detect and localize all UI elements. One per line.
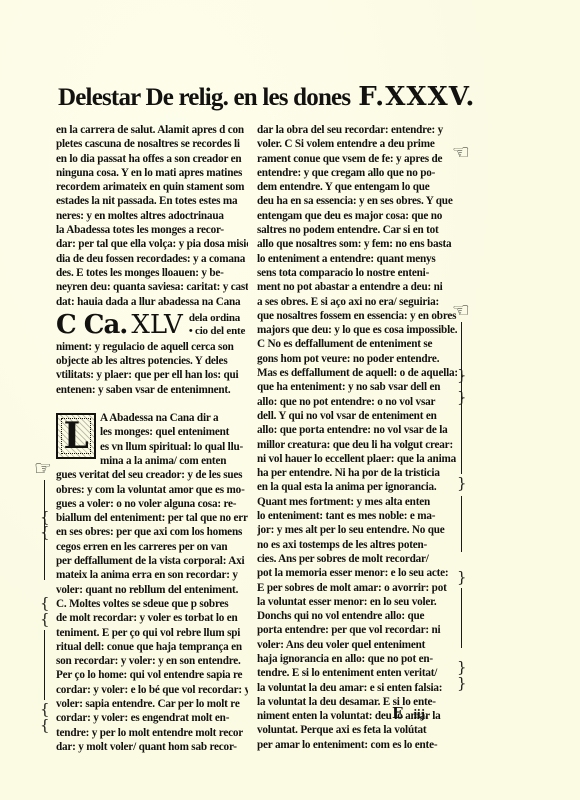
text-line: que ha enteniment: y no sab vsar dell en (257, 380, 457, 394)
text-line: tendre. E si lo enteniment enten veritat… (257, 666, 457, 680)
text-line: dar: y molt voler/ quant hom sab recor- (56, 740, 248, 754)
brace-icon: { (40, 702, 50, 717)
text-line: jor: y mes alt per lo seu entendre. No q… (257, 523, 457, 537)
text-line: obres: y com la voluntat amor que es mo- (56, 483, 248, 497)
text-line: teniment. E per ço qui vol rebre llum sp… (56, 626, 248, 640)
text-line: cordar: y voler: es engendrat molt en- (56, 711, 248, 725)
text-line: lo enteniment: tant es mes noble: e ma- (257, 509, 457, 523)
text-line: en la qual esta la anima per ignorancia. (257, 480, 457, 494)
running-head: Delestar De relig. en les dones F.XXXV. (58, 80, 498, 114)
text-line: la voluntat la deu amar: e si enten fals… (257, 681, 457, 695)
text-line: entenen: y saben vsar de entenimnent. (56, 383, 248, 397)
text-line: entengam que deu es major cosa: que no (257, 209, 457, 223)
text-line: sens tota comparacio lo nostre enteni- (257, 266, 457, 280)
text-line: voler: Ans deu voler quel enteniment (257, 638, 457, 652)
initial-paragraph: L A Abadessa na Cana dir a les monges: q… (56, 411, 248, 468)
text-line: pot la memoria esser menor: e lo seu act… (257, 566, 457, 580)
text-line: E per sobres de molt amar: o avorrir: po… (257, 581, 457, 595)
brace-icon: { (40, 596, 50, 611)
text-line: neres: y en moltes altres adoctrinaua (56, 209, 248, 223)
text-line: entendre: y que cregam allo que no po- (257, 166, 457, 180)
text-line: objecte ab les altres potencies. Y deles (56, 354, 248, 368)
text-line: en ses obres: per que axi com los homens (56, 525, 248, 539)
chapter-subtitle-line: dela ordina (189, 312, 245, 325)
text-line: rament conue que vsem de fe: y apres de (257, 152, 457, 166)
text-line: ritual dell: conue que haja temprança en (56, 640, 248, 654)
text-line: ninguna cosa. Y en lo mati apres matines (56, 166, 248, 180)
initial-side-lines: A Abadessa na Cana dir a les monges: que… (100, 411, 248, 468)
folio-roman: XXXV. (385, 82, 475, 112)
text-line: allo que nosaltres som: y fem: no ens ba… (257, 237, 457, 251)
brace-icon: } (457, 368, 467, 383)
text-line: en la carrera de salut. Alamit apres d c… (56, 123, 248, 137)
margin-bracket-line (461, 496, 462, 552)
chapter-number: XLV (131, 310, 182, 340)
brace-icon: { (40, 612, 50, 627)
text-line: neyren deu: quanta saviesa: caritat: y c… (56, 280, 248, 294)
text-line: allo: que no pot entendre: o no vol vsar (257, 395, 457, 409)
text-line: dia de deu fossen recordades: y a comana (56, 252, 248, 266)
text-line: haja ignorancia en allo: que no pot en- (257, 652, 457, 666)
margin-bracket-line (44, 630, 45, 700)
text-line: lo enteniment a entendre: quant menys (257, 252, 457, 266)
text-line: pletes cascuna de nosaltres se recordes … (56, 137, 248, 151)
text-line: allo: que porta entendre: no vol vsar de… (257, 423, 457, 437)
text-line: dar la obra del seu recordar: entendre: … (257, 123, 457, 137)
left-column: en la carrera de salut. Alamit apres d c… (56, 123, 248, 754)
text-line: en lo dia passat ha offes a son creador … (56, 152, 248, 166)
text-line: que nosaltres fossem en essencia: y en o… (257, 309, 457, 323)
text-line: estades la nit passada. En totes estes m… (56, 194, 248, 208)
text-line: porta entendre: per que vol recordar: ni (257, 623, 457, 637)
text-line: gues a voler: o no voler alguna cosa: re… (56, 497, 248, 511)
right-column: dar la obra del seu recordar: entendre: … (257, 123, 457, 752)
chapter-heading: C Ca. XLV dela ordina • cio del ente (56, 310, 248, 340)
text-line: a ses obres. E si aço axi no era/ seguir… (257, 295, 457, 309)
text-line: A Abadessa na Cana dir a (100, 411, 248, 425)
text-line: son recordar: y voler: y en son entendre… (56, 654, 248, 668)
text-line: la Abadessa totes les monges a recor- (56, 223, 248, 237)
brace-icon: { (40, 718, 50, 733)
text-line: per amar lo enteniment: com es lo ente- (257, 738, 457, 752)
text-line: C No es deffallument de enteniment se (257, 337, 457, 351)
brace-icon: } (457, 660, 467, 675)
text-line: dem entendre. Y que entengam lo que (257, 180, 457, 194)
pointing-hand-icon: ☞ (34, 458, 52, 478)
pointing-hand-icon: ☜ (452, 300, 470, 320)
text-line: des. E totes les monges lloauen: y be- (56, 266, 248, 280)
text-line: ment no pot abastar a entendre a deu: ni (257, 280, 457, 294)
decorated-initial-icon: L (56, 413, 96, 459)
text-line: mateix la anima erra en son recordar: y (56, 568, 248, 582)
text-line: voler. C Si volem entendre a deu primе (257, 137, 457, 151)
running-head-title: Delestar De relig. en les dones (58, 81, 350, 115)
chapter-subtitle: dela ordina • cio del ente (189, 312, 245, 338)
text-line: Quant mes fortment: y mes alta enten (257, 495, 457, 509)
text-line: cegos erren en les carreres per on van (56, 540, 248, 554)
margin-bracket-line (461, 588, 462, 648)
text-line: la voluntat esser menor: en lo seu voler… (257, 595, 457, 609)
folio-number: F.XXXV. (358, 80, 475, 114)
chapter-mark: C Ca. (56, 310, 127, 340)
text-line: saltres no podem entendre. Car si en tot (257, 223, 457, 237)
document-page: Delestar De relig. en les dones F.XXXV. … (0, 0, 580, 800)
text-line: millor creatura: que deu li ha volgut cr… (257, 438, 457, 452)
text-line: ni vol hauer lo eccellent plaer: que la … (257, 452, 457, 466)
text-line: niment: y regulacio de aquell cerca son (56, 340, 248, 354)
text-line: C. Moltes voltes se sdeue que p sobres (56, 597, 248, 611)
text-line: recordem arimateix en quin stament som (56, 180, 248, 194)
folio-mark: F. (358, 82, 385, 112)
text-line: tendre: y per lo molt entendre molt reco… (56, 726, 248, 740)
brace-icon: } (457, 476, 467, 491)
text-line: dar: per tal que ella volça: y pia dosa … (56, 237, 248, 251)
initial-letter: L (63, 416, 88, 456)
signature-mark: Eiij. (392, 704, 428, 722)
text-line: ha per entendre. Ni ha por de la tristic… (257, 466, 457, 480)
text-line: les monges: quel enteniment (100, 425, 248, 439)
text-line: Mas es deffallument de aquell: o de aque… (257, 366, 457, 380)
margin-bracket-line (461, 404, 462, 474)
text-line: Per ço lo home: qui vol entendre sapia r… (56, 668, 248, 682)
text-line: biallum del enteniment: per tal que no e… (56, 511, 248, 525)
text-line: vtilitats: y plaer: que per ell han los:… (56, 368, 248, 382)
text-line: deu ha en sa essencia: y en ses obres. Y… (257, 194, 457, 208)
text-line: per deffallument de la vista corporal: A… (56, 554, 248, 568)
text-line: voler: quant no rebllum del enteniment. (56, 583, 248, 597)
text-line: de molt recordar: y voler es torbat lo e… (56, 611, 248, 625)
signature-letter: E (392, 704, 403, 722)
text-line: gons hom pot veure: no poder entendre. (257, 352, 457, 366)
paragraph-spacer (56, 397, 248, 411)
chapter-subtitle-line: • cio del ente (189, 325, 245, 338)
brace-icon: } (457, 570, 467, 585)
text-line: Donchs qui no vol entendre allo: que (257, 609, 457, 623)
text-line: cies. Ans per sobres de molt recordar/ (257, 552, 457, 566)
text-line: mina a la anima/ com enten (100, 454, 248, 468)
text-line: cordar: y voler: e lo bé que vol recorda… (56, 683, 248, 697)
text-line: es vn llum spiritual: lo qual llu- (100, 440, 248, 454)
signature-number: iij. (413, 706, 428, 721)
text-line: dat: hauia dada a llur abadessa na Cana (56, 295, 248, 309)
text-line: voluntat. Perque axi es feta la volútat (257, 723, 457, 737)
text-line: voler: sapia entendre. Car per lo molt r… (56, 697, 248, 711)
text-line: majors que deu: y lo que es cosa impossi… (257, 323, 457, 337)
brace-icon: } (457, 676, 467, 691)
brace-icon: { (40, 525, 50, 540)
text-line: dell. Y qui no vol vsar de enteniment en (257, 409, 457, 423)
text-line: gues veritat del seu creador: y de les s… (56, 468, 248, 482)
text-line: no es axi tostemps de les altres poten- (257, 538, 457, 552)
brace-icon: } (457, 390, 467, 405)
pointing-hand-icon: ☜ (452, 142, 470, 162)
